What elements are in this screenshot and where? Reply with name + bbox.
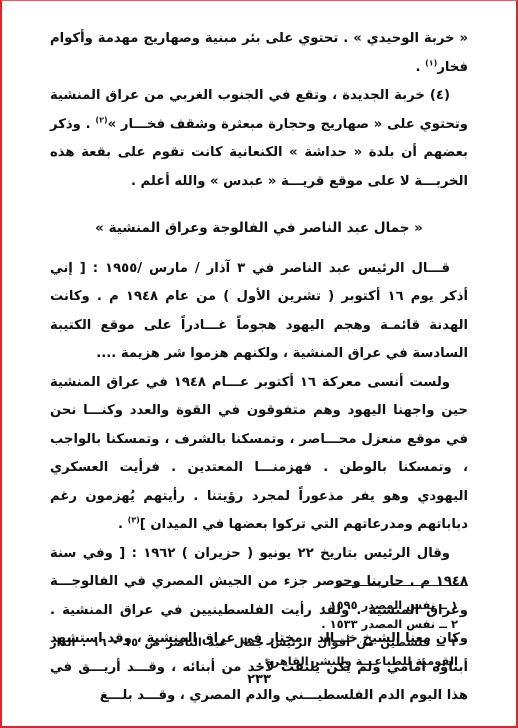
paragraph-khirbet-jadida: (٤) خربة الجديدة ، وتقع في الجنوب الغربي… [50,82,468,196]
footnote-3: ٣ ــ فلسطين من أقوال الرئيس جمال عبد الن… [50,633,458,670]
footnote-ref-2[interactable]: (٢) [95,115,107,124]
footnote-2: ٢ ــ نفس المصدر ١٥٣٣ . [50,615,458,634]
paragraph-nasser-quote-1955: قـــال الرئيس عبد الناصر في ٣ آذار / مار… [50,255,468,369]
paragraph-text: ولست أنسى معركة ١٦ أكتوبر عـــام ١٩٤٨ في… [50,375,468,533]
paragraph-khirbet-wahidi: « خربة الوحيدي » . تحتوي على بئر مبنية و… [50,25,468,82]
footnote-ref-1[interactable]: (١) [425,58,437,67]
footnote-divider [336,585,468,586]
footnote-ref-3[interactable]: (٣) [128,516,140,525]
paragraph-trail: . [118,517,128,532]
paragraph-battle-october: ولست أنسى معركة ١٦ أكتوبر عـــام ١٩٤٨ في… [50,369,468,540]
paragraph-text: قـــال الرئيس عبد الناصر في ٣ آذار / مار… [50,261,468,362]
footnotes: ١ ــ نفس المصدر ١٥٩٥ . ٢ ــ نفس المصدر ١… [50,596,458,670]
page-number: ٢٣٣ [2,672,516,687]
paragraph-text: « خربة الوحيدي » . تحتوي على بئر مبنية و… [50,31,468,75]
paragraph-text: (٤) خربة الجديدة ، وتقع في الجنوب الغربي… [50,88,468,132]
section-heading: « جمال عبد الناصر في الفالوجة وعراق المن… [50,214,468,243]
paragraph-trail: . [416,60,426,75]
document-page: « خربة الوحيدي » . تحتوي على بئر مبنية و… [0,0,518,728]
footnote-1: ١ ــ نفس المصدر ١٥٩٥ . [50,596,458,615]
